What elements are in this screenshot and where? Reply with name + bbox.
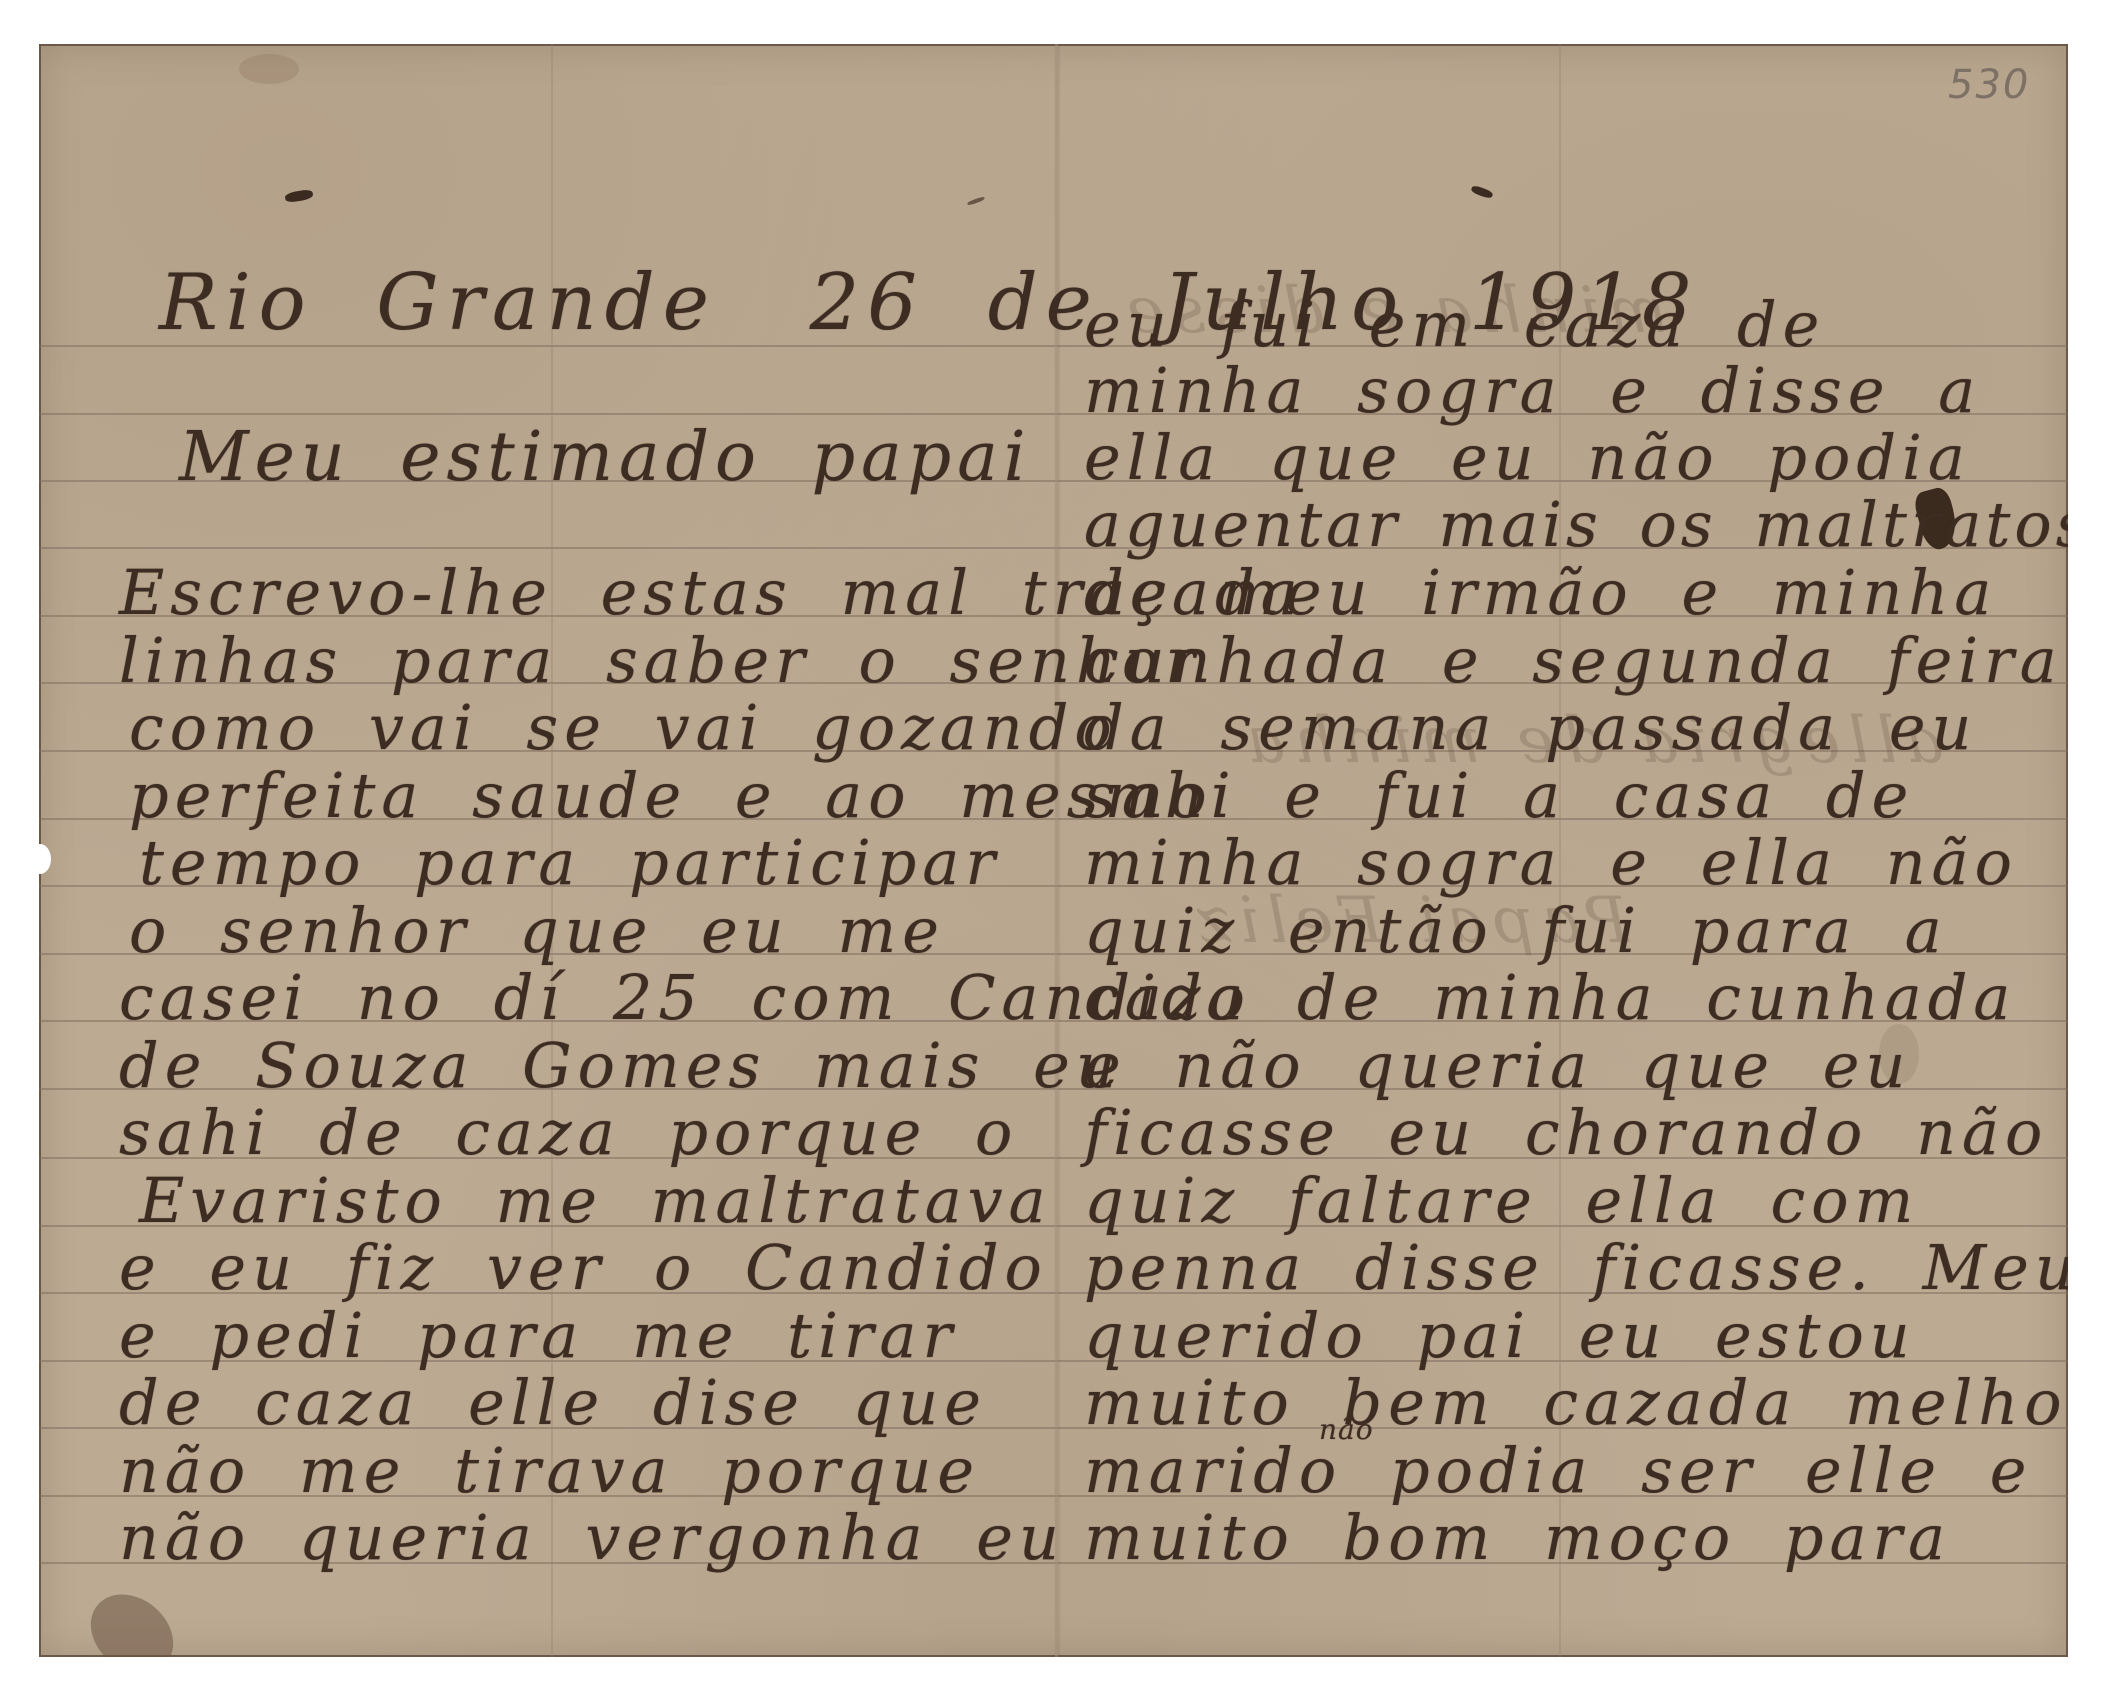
letter-line: de Souza Gomes mais eu bbox=[119, 1035, 1122, 1097]
ink-mark-top-center bbox=[967, 196, 985, 206]
letter-line: e eu fiz ver o Candido bbox=[119, 1237, 1048, 1299]
letter-line: não queria vergonha eu bbox=[119, 1507, 1065, 1569]
salutation: Meu estimado papai bbox=[179, 424, 1032, 492]
archive-page-number: 530 bbox=[1948, 62, 2030, 108]
letter-line: de meu irmão e minha bbox=[1084, 562, 1997, 624]
stain-bottom-left bbox=[75, 1578, 189, 1657]
letter-line: sahi e fui a casa de bbox=[1084, 765, 1914, 827]
letter-line: Evaristo me maltratava bbox=[139, 1170, 1052, 1232]
letter-line: muito bem cazada melhor bbox=[1084, 1372, 2068, 1434]
letter-line: marido podia ser elle e bbox=[1084, 1440, 2032, 1502]
letter-line: muito bom moço para bbox=[1084, 1507, 1951, 1569]
letter-line: eu fui em caza de bbox=[1084, 294, 1825, 356]
letter-line: quiz então fui para a bbox=[1084, 900, 1948, 962]
letter-line: quiz faltare ella com bbox=[1084, 1170, 1919, 1232]
letter-line: linhas para saber o senhor bbox=[119, 630, 1201, 692]
interlinear-insertion: não bbox=[1319, 1416, 1374, 1444]
stain-top bbox=[239, 54, 299, 84]
line-text: marido podia ser elle e bbox=[1084, 1434, 2032, 1507]
letter-line: casei no dí 25 com Candido bbox=[119, 967, 1251, 1029]
paper-notch bbox=[39, 844, 51, 874]
letter-line: penna disse ficasse. Meu bbox=[1084, 1237, 2068, 1299]
letter-line: como vai se vai gozando bbox=[129, 697, 1118, 759]
heading-place: Rio Grande bbox=[159, 258, 717, 348]
letter-paper: minha e disse allegria de minha Papai Fe… bbox=[39, 44, 2068, 1657]
letter-line: o senhor que eu me bbox=[129, 900, 945, 962]
ink-mark-top-right bbox=[1470, 184, 1493, 199]
letter-line: aguentar mais os maltratos bbox=[1084, 494, 2068, 556]
letter-line: sahi de caza porque o bbox=[119, 1102, 1018, 1164]
letter-line: de caza elle dise que bbox=[119, 1372, 987, 1434]
letter-line: minha sogra e ella não bbox=[1084, 832, 2018, 894]
letter-line: e pedi para me tirar bbox=[119, 1305, 958, 1367]
letter-line: querido pai eu estou bbox=[1084, 1305, 1916, 1367]
letter-line: minha sogra e disse a bbox=[1084, 360, 1981, 422]
letter-line: ficasse eu chorando não bbox=[1084, 1102, 2048, 1164]
letter-line: perfeita saude e ao mesmo bbox=[129, 765, 1213, 827]
letter-line: ella que eu não podia bbox=[1084, 427, 1971, 489]
ink-mark-top-left bbox=[284, 189, 313, 204]
letter-line: caza de minha cunhada bbox=[1084, 967, 2016, 1029]
letter-line: e não queria que eu bbox=[1084, 1035, 1911, 1097]
letter-line: tempo para participar bbox=[139, 832, 1001, 894]
letter-line: da semana passada eu bbox=[1084, 697, 1977, 759]
letter-line: cunhada e segunda feira bbox=[1084, 630, 2063, 692]
letter-line: não me tirava porque bbox=[119, 1440, 980, 1502]
